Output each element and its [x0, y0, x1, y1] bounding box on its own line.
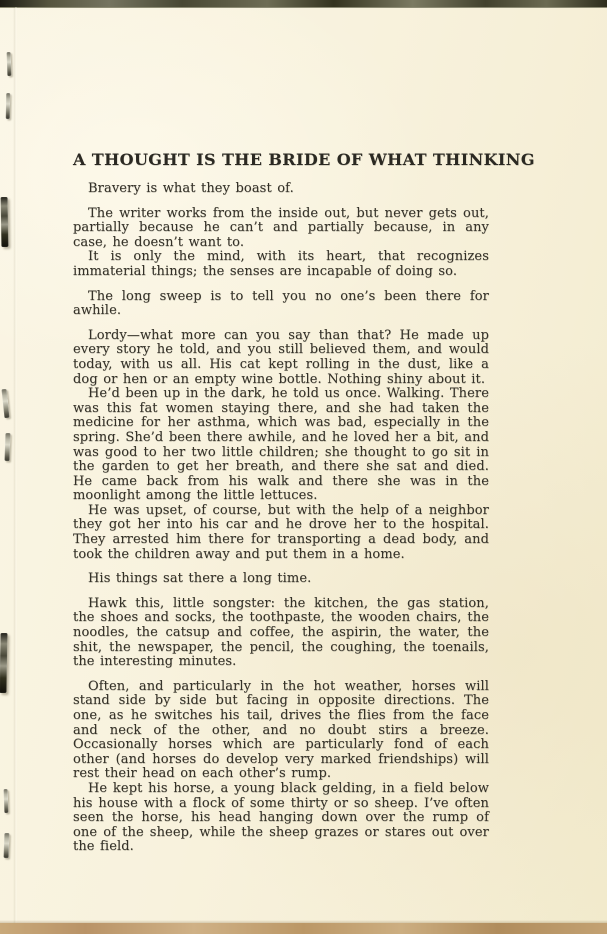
paragraph-group: Hawk this, little songster: the kitchen,… [73, 597, 489, 670]
paragraph: He’d been up in the dark, he told us onc… [73, 387, 489, 504]
paragraph: He kept his horse, a young black gelding… [73, 782, 489, 855]
paragraph: He was upset, of course, but with the he… [73, 504, 489, 562]
paragraph: The writer works from the inside out, bu… [73, 207, 489, 251]
staple [1, 197, 9, 247]
paragraph-group: The long sweep is to tell you no one’s b… [73, 290, 489, 319]
paragraph: Often, and particularly in the hot weath… [73, 680, 489, 782]
paragraph: Hawk this, little songster: the kitchen,… [73, 597, 489, 670]
staple [6, 93, 10, 119]
scanned-book-page: A THOUGHT IS THE BRIDE OF WHAT THINKING … [0, 0, 607, 934]
staple [5, 433, 11, 461]
staple [4, 789, 9, 813]
binding-crease [13, 7, 17, 923]
staple [4, 833, 10, 858]
paragraph-group: Bravery is what they boast of. [73, 182, 489, 197]
scan-top-edge [0, 0, 607, 8]
scan-bottom-edge [0, 923, 607, 934]
text-column: A THOUGHT IS THE BRIDE OF WHAT THINKING … [73, 150, 489, 855]
staple [7, 52, 12, 76]
paragraph-group: His things sat there a long time. [73, 572, 489, 587]
paragraph: His things sat there a long time. [73, 572, 489, 587]
paragraph: It is only the mind, with its heart, tha… [73, 250, 489, 279]
page-title: A THOUGHT IS THE BRIDE OF WHAT THINKING [73, 150, 489, 169]
paragraph: The long sweep is to tell you no one’s b… [73, 290, 489, 319]
staple [1, 389, 9, 418]
paragraph-group: The writer works from the inside out, bu… [73, 207, 489, 280]
paragraphs-container: Bravery is what they boast of.The writer… [73, 182, 489, 855]
paragraph-group: Often, and particularly in the hot weath… [73, 680, 489, 855]
staple [0, 633, 8, 693]
paragraph: Lordy—what more can you say than that? H… [73, 329, 489, 387]
paragraph: Bravery is what they boast of. [73, 182, 489, 197]
paragraph-group: Lordy—what more can you say than that? H… [73, 329, 489, 563]
